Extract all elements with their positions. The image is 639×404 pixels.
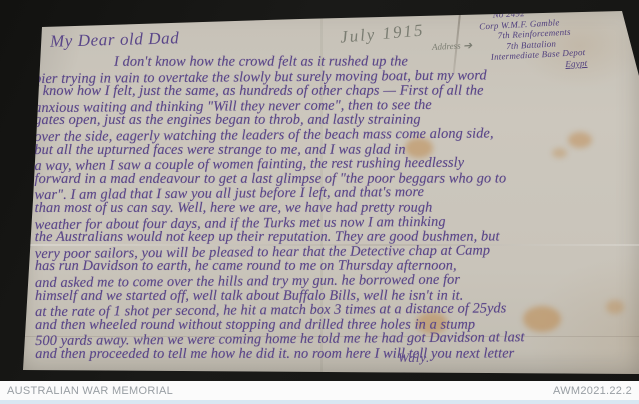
address-note-label: Address — [432, 41, 461, 52]
pencil-date-note: July 1915 — [339, 20, 425, 47]
accession-number: AWM2021.22.2 — [553, 385, 632, 397]
institution-name: AUSTRALIAN WAR MEMORIAL — [7, 385, 173, 397]
catalogue-bar-accent — [0, 400, 639, 404]
letter-salutation: My Dear old Dad — [50, 28, 180, 51]
archive-photo-viewer: July 1915 Address ➔ No 2492Corp W.M.F. G… — [0, 0, 639, 404]
pencil-address-note: Address ➔ — [432, 39, 473, 54]
letter-signature: Waly. — [398, 350, 430, 366]
letter-body-line: and then proceeded to tell me how he did… — [35, 346, 635, 361]
letter-page: July 1915 Address ➔ No 2492Corp W.M.F. G… — [20, 6, 639, 378]
letter-body: I don't know how the crowd felt as it ru… — [34, 53, 635, 362]
catalogue-bar: AUSTRALIAN WAR MEMORIAL AWM2021.22.2 — [0, 381, 639, 404]
catalogue-bar-strip: AUSTRALIAN WAR MEMORIAL AWM2021.22.2 — [0, 381, 639, 400]
